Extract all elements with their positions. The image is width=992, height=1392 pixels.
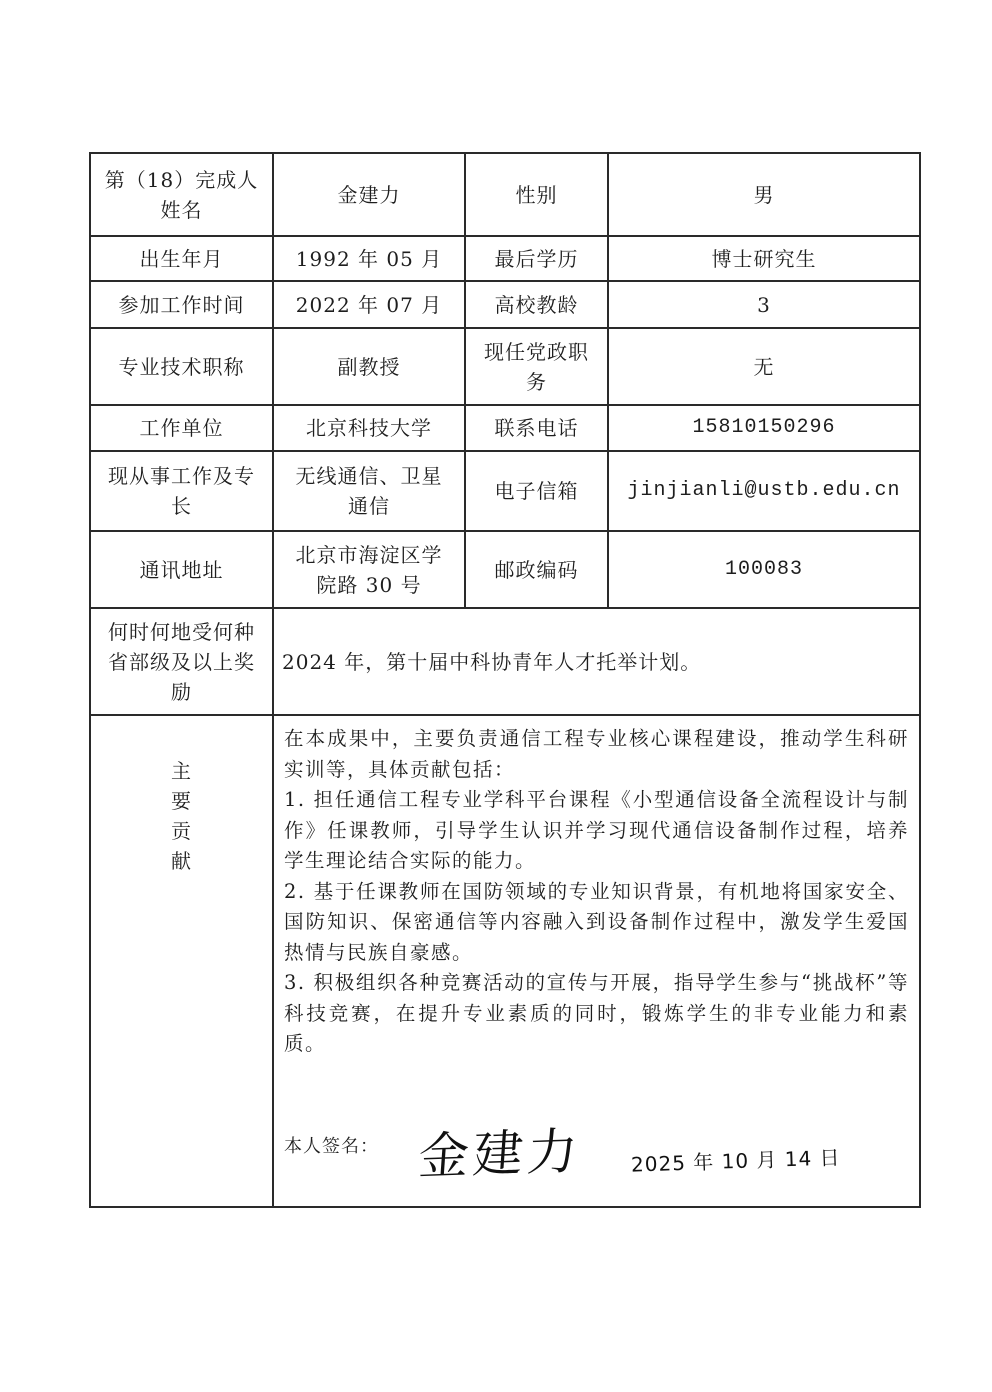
signature-area: 本人签名： 金建力 2025 年 10 月 14 日 [284, 1124, 904, 1184]
contributions-vertical-label: 主 要 贡 献 [97, 756, 266, 876]
value-awards: 2024 年，第十届中科协青年人才托举计划。 [273, 608, 920, 715]
label-party-position: 现任党政职务 [465, 328, 608, 405]
label-gender: 性别 [465, 153, 608, 236]
value-work-start: 2022 年 07 月 [273, 281, 465, 328]
label-email: 电子信箱 [465, 451, 608, 531]
label-employer: 工作单位 [90, 405, 273, 451]
value-phone: 15810150296 [608, 405, 920, 451]
label-professional-title: 专业技术职称 [90, 328, 273, 405]
value-birth-date: 1992 年 05 月 [273, 236, 465, 281]
table-row-contributions: 主 要 贡 献 在本成果中，主要负责通信工程专业核心课程建设，推动学生科研实训等… [90, 715, 920, 1207]
table-row-awards: 何时何地受何种省部级及以上奖励 2024 年，第十届中科协青年人才托举计划。 [90, 608, 920, 715]
table-row-specialty: 现从事工作及专长 无线通信、卫星通信 电子信箱 jinjianli@ustb.e… [90, 451, 920, 531]
contribution-item-2: 2. 基于任课教师在国防领域的专业知识背景，有机地将国家安全、国防知识、保密通信… [284, 877, 909, 969]
label-work-start: 参加工作时间 [90, 281, 273, 328]
document-page: 第（18）完成人姓名 金建力 性别 男 出生年月 1992 年 05 月 最后学… [0, 0, 992, 1392]
table-row-work-start: 参加工作时间 2022 年 07 月 高校教龄 3 [90, 281, 920, 328]
value-name: 金建力 [273, 153, 465, 236]
value-party-position: 无 [608, 328, 920, 405]
label-postal-code: 邮政编码 [465, 531, 608, 608]
value-education: 博士研究生 [608, 236, 920, 281]
contributions-text: 在本成果中，主要负责通信工程专业核心课程建设，推动学生科研实训等，具体贡献包括：… [284, 724, 909, 1060]
label-specialty: 现从事工作及专长 [90, 451, 273, 531]
value-gender: 男 [608, 153, 920, 236]
label-char: 贡 [171, 816, 192, 846]
label-contributions: 主 要 贡 献 [90, 715, 273, 1207]
table-row-title: 专业技术职称 副教授 现任党政职务 无 [90, 328, 920, 405]
label-birth-date: 出生年月 [90, 236, 273, 281]
label-address: 通讯地址 [90, 531, 273, 608]
value-professional-title: 副教授 [273, 328, 465, 405]
label-education: 最后学历 [465, 236, 608, 281]
label-char: 献 [171, 846, 192, 876]
value-email: jinjianli@ustb.edu.cn [608, 451, 920, 531]
label-char: 要 [171, 786, 192, 816]
label-phone: 联系电话 [465, 405, 608, 451]
value-address: 北京市海淀区学院路 30 号 [273, 531, 465, 608]
contribution-item-3: 3. 积极组织各种竞赛活动的宣传与开展，指导学生参与“挑战杯”等科技竞赛，在提升… [284, 968, 909, 1060]
contributions-content: 在本成果中，主要负责通信工程专业核心课程建设，推动学生科研实训等，具体贡献包括：… [273, 715, 920, 1207]
table-row-name: 第（18）完成人姓名 金建力 性别 男 [90, 153, 920, 236]
value-postal-code: 100083 [608, 531, 920, 608]
signature-label: 本人签名： [284, 1132, 379, 1162]
table-row-address: 通讯地址 北京市海淀区学院路 30 号 邮政编码 100083 [90, 531, 920, 608]
label-name: 第（18）完成人姓名 [90, 153, 273, 236]
table-row-employer: 工作单位 北京科技大学 联系电话 15810150296 [90, 405, 920, 451]
contribution-intro: 在本成果中，主要负责通信工程专业核心课程建设，推动学生科研实训等，具体贡献包括： [284, 724, 909, 785]
table-row-birth: 出生年月 1992 年 05 月 最后学历 博士研究生 [90, 236, 920, 281]
signature-date: 2025 年 10 月 14 日 [631, 1142, 842, 1179]
handwritten-signature: 金建力 [417, 1121, 584, 1187]
label-teaching-years: 高校教龄 [465, 281, 608, 328]
contribution-item-1: 1. 担任通信工程专业学科平台课程《小型通信设备全流程设计与制作》任课教师，引导… [284, 785, 909, 877]
value-specialty: 无线通信、卫星通信 [273, 451, 465, 531]
label-char: 主 [171, 756, 192, 786]
value-employer: 北京科技大学 [273, 405, 465, 451]
label-awards: 何时何地受何种省部级及以上奖励 [90, 608, 273, 715]
value-teaching-years: 3 [608, 281, 920, 328]
personnel-info-table: 第（18）完成人姓名 金建力 性别 男 出生年月 1992 年 05 月 最后学… [89, 152, 921, 1208]
